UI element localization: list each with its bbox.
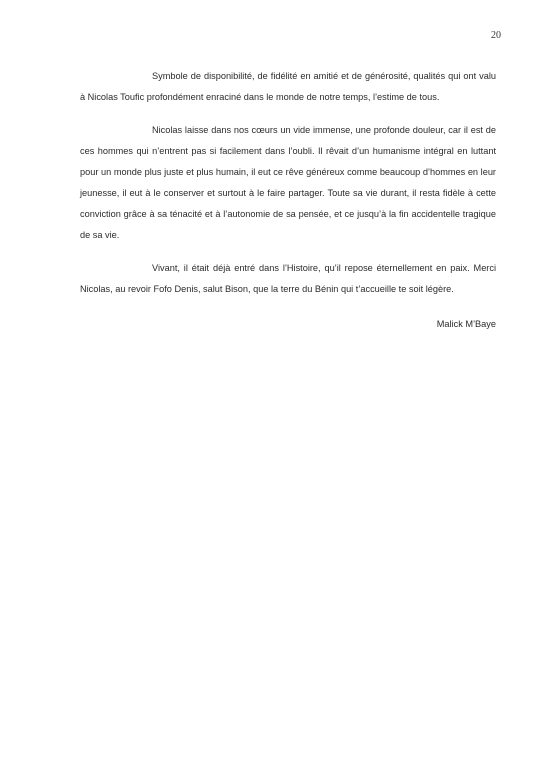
signature: Malick M’Baye: [80, 314, 496, 335]
body-text: Symbole de disponibilité, de fidélité en…: [80, 66, 496, 335]
paragraph-humanism: Nicolas laisse dans nos cœurs un vide im…: [80, 120, 496, 246]
page-number: 20: [491, 30, 501, 41]
paragraph-tribute-qualities: Symbole de disponibilité, de fidélité en…: [80, 66, 496, 108]
document-page: 20 Symbole de disponibilité, de fidélité…: [0, 0, 543, 768]
paragraph-farewell: Vivant, il était déjà entré dans l’Histo…: [80, 258, 496, 300]
